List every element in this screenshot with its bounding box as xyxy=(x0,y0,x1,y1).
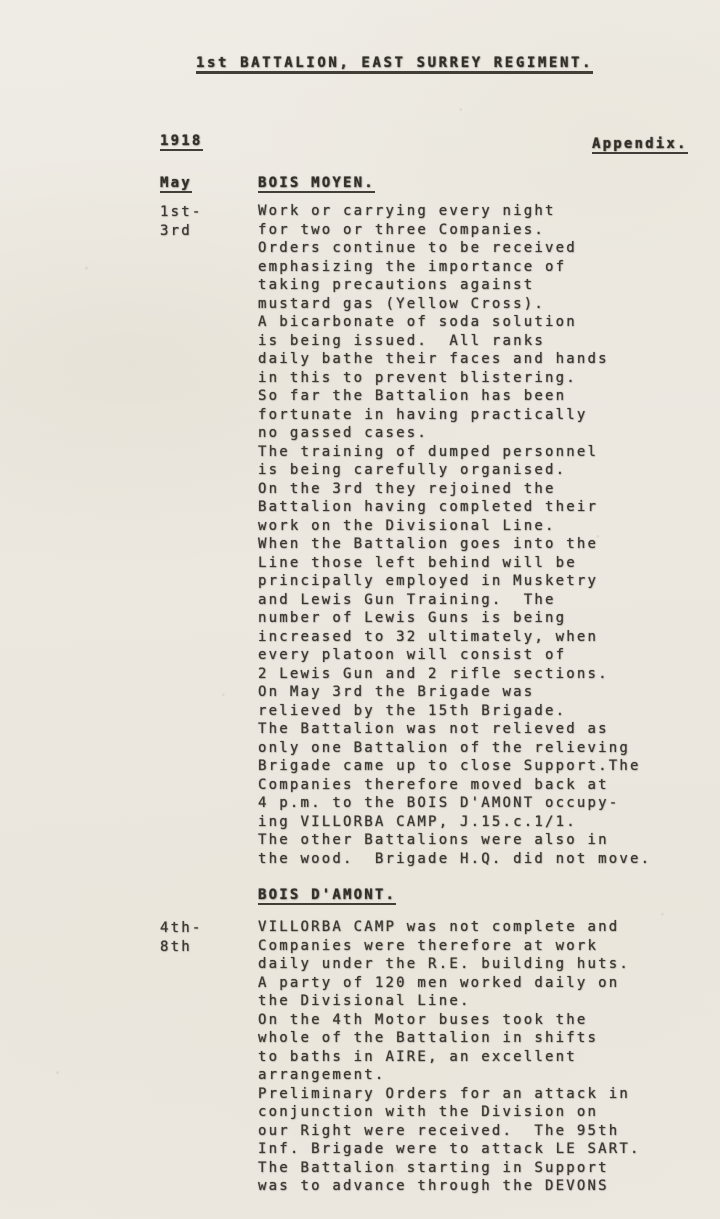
text-line: VILLORBA CAMP was not complete and xyxy=(258,918,641,937)
text-line: Work or carrying every night xyxy=(258,202,651,221)
text-line: in this to prevent blistering. xyxy=(258,369,651,388)
entry-body: VILLORBA CAMP was not complete andCompan… xyxy=(258,918,641,1196)
month-label: May xyxy=(160,174,192,193)
text-line: and Lewis Gun Training. The xyxy=(258,591,651,610)
text-line: Line those left behind will be xyxy=(258,554,651,573)
section-heading-bois-moyen: BOIS MOYEN. xyxy=(258,174,375,193)
text-line: whole of the Battalion in shifts xyxy=(258,1029,641,1048)
text-line: Battalion having completed their xyxy=(258,498,651,517)
text-line: is being issued. All ranks xyxy=(258,332,651,351)
text-line: 2 Lewis Gun and 2 rifle sections. xyxy=(258,665,651,684)
text-line: for two or three Companies. xyxy=(258,221,651,240)
text-line: work on the Divisional Line. xyxy=(258,517,651,536)
text-line: On the 3rd they rejoined the xyxy=(258,480,651,499)
entry-date-range: 1st-3rd xyxy=(160,203,203,240)
text-line: relieved by the 15th Brigade. xyxy=(258,702,651,721)
text-line: The Battalion was not relieved as xyxy=(258,720,651,739)
text-line: Orders continue to be received xyxy=(258,239,651,258)
text-line: mustard gas (Yellow Cross). xyxy=(258,295,651,314)
text-line: no gassed cases. xyxy=(258,424,651,443)
section-heading-bois-damont: BOIS D'AMONT. xyxy=(258,886,396,905)
entry-body: Work or carrying every nightfor two or t… xyxy=(258,202,651,868)
text-line: every platoon will consist of xyxy=(258,646,651,665)
text-line: The other Battalions were also in xyxy=(258,831,651,850)
text-line: So far the Battalion has been xyxy=(258,387,651,406)
text-line: conjunction with the Division on xyxy=(258,1103,641,1122)
text-line: only one Battalion of the relieving xyxy=(258,739,651,758)
text-line: A party of 120 men worked daily on xyxy=(258,974,641,993)
text-line: principally employed in Musketry xyxy=(258,572,651,591)
text-line: was to advance through the DEVONS xyxy=(258,1177,641,1196)
text-line: our Right were received. The 95th xyxy=(258,1122,641,1141)
document-page: 1st BATTALION, EAST SURREY REGIMENT. 191… xyxy=(0,0,720,1219)
text-line: is being carefully organised. xyxy=(258,461,651,480)
text-line: A bicarbonate of soda solution xyxy=(258,313,651,332)
text-line: to baths in AIRE, an excellent xyxy=(258,1048,641,1067)
text-line: 4th- xyxy=(160,919,203,938)
text-line: 3rd xyxy=(160,222,203,241)
text-line: number of Lewis Guns is being xyxy=(258,609,651,628)
text-line: taking precautions against xyxy=(258,276,651,295)
text-line: daily under the R.E. building huts. xyxy=(258,955,641,974)
year-label: 1918 xyxy=(160,132,203,151)
appendix-label: Appendix. xyxy=(592,135,688,154)
text-line: fortunate in having practically xyxy=(258,406,651,425)
text-line: On the 4th Motor buses took the xyxy=(258,1011,641,1030)
text-line: The Battalion starting in Support xyxy=(258,1159,641,1178)
page-title: 1st BATTALION, EAST SURREY REGIMENT. xyxy=(196,54,593,74)
text-line: daily bathe their faces and hands xyxy=(258,350,651,369)
text-line: 4 p.m. to the BOIS D'AMONT occupy- xyxy=(258,794,651,813)
text-line: Inf. Brigade were to attack LE SART. xyxy=(258,1140,641,1159)
text-line: increased to 32 ultimately, when xyxy=(258,628,651,647)
text-line: Brigade came up to close Support.The xyxy=(258,757,651,776)
text-line: the wood. Brigade H.Q. did not move. xyxy=(258,850,651,869)
text-line: Companies were therefore at work xyxy=(258,937,641,956)
text-line: Preliminary Orders for an attack in xyxy=(258,1085,641,1104)
text-line: 1st- xyxy=(160,203,203,222)
text-line: Companies therefore moved back at xyxy=(258,776,651,795)
page-title-text: 1st BATTALION, EAST SURREY REGIMENT. xyxy=(196,55,593,74)
text-line: When the Battalion goes into the xyxy=(258,535,651,554)
text-line: On May 3rd the Brigade was xyxy=(258,683,651,702)
text-line: ing VILLORBA CAMP, J.15.c.1/1. xyxy=(258,813,651,832)
text-line: the Divisional Line. xyxy=(258,992,641,1011)
text-line: The training of dumped personnel xyxy=(258,443,651,462)
text-line: 8th xyxy=(160,938,203,957)
text-line: emphasizing the importance of xyxy=(258,258,651,277)
entry-date-range: 4th-8th xyxy=(160,919,203,956)
text-line: arrangement. xyxy=(258,1066,641,1085)
